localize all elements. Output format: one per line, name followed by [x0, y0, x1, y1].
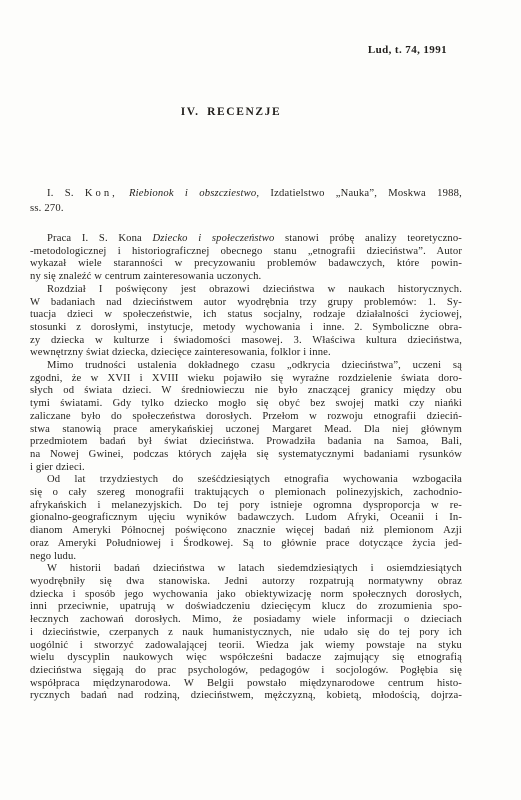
text-line: na Nowej Gwinei, podczas których zajęła … [30, 449, 462, 462]
journal-header: Lud, t. 74, 1991 [368, 44, 447, 56]
text-line: rycznych badań nad rodziną, dzieciństwem… [30, 690, 462, 703]
citation-publisher: Izdatielstwo „Nauka”, Moskwa 1988, [270, 188, 462, 199]
text-line: dzieciństwa sięgają do prac psychologów,… [30, 665, 462, 678]
text-line: i dzieciństwie, czerpanych z nauk humani… [30, 627, 462, 640]
text-line: zgodni, że w XVII i XVIII wieku pojawiło… [30, 373, 462, 386]
text-line: Mimo trudności ustalenia dokładnego czas… [30, 360, 462, 373]
scanned-journal-page: Lud, t. 74, 1991 IV. RECENZJE I. S. Kon,… [0, 0, 521, 800]
text-line: dziecka i sposób jego wychowania jako ob… [30, 589, 462, 602]
text-line: -metodologicznej i historiograficznej ob… [30, 246, 462, 259]
text-line: Od lat trzydziestych do sześćdziesiątych… [30, 474, 462, 487]
text-line: zy dziecka w kulturze i świadomości maso… [30, 335, 462, 348]
text-line: tuacja dzieci w społeczeństwie, ich stat… [30, 309, 462, 322]
text-line: uogólnić i stworzyć zadowalającej teorii… [30, 640, 462, 653]
text-line: tymi światami. Gdy tylko dziecko mogło s… [30, 398, 462, 411]
text-line: wewnętrzny świat dziecka, dziecięce zain… [30, 347, 462, 360]
text-line: wyodrębniły się dwa stanowiska. Jedni au… [30, 576, 462, 589]
citation-line-2: ss. 270. [30, 201, 462, 216]
text-line: przedmiotem badań był świat dzieciństwa.… [30, 436, 462, 449]
text-line: słych od świata dzieci. W średniowieczu … [30, 385, 462, 398]
text-line: W historii badań dzieciństwa w latach si… [30, 563, 462, 576]
citation-book-title: Riebionok i obszcziestwo, [129, 188, 259, 199]
text-line: dianom Ameryki Północnej poświęcono znac… [30, 525, 462, 538]
citation-author-initials: I. S. [47, 188, 74, 199]
text-line: inni przeciwnie, upatrują w doświadczeni… [30, 601, 462, 614]
text-line: się o cały szereg monografii traktującyc… [30, 487, 462, 500]
text-line: wykazał wiele staranności w precyzowaniu… [30, 258, 462, 271]
text-line: stwa stanowią prace amerykańskiej uczone… [30, 424, 462, 437]
text-line: współpraca międzynarodowa. W Belgii pows… [30, 678, 462, 691]
text-line: stosunki z dorosłymi, instytucje, metody… [30, 322, 462, 335]
text-line: wielu dyscyplin naukowych więc współcześ… [30, 652, 462, 665]
text-line: ny się znaleźć w centrum zainteresowania… [30, 271, 462, 284]
citation-line-1: I. S. Kon, Riebionok i obszcziestwo, Izd… [30, 186, 462, 201]
text-line: W badaniach nad dzieciństwem autor wyodr… [30, 297, 462, 310]
text-line: afrykańskich i melanezyjskich. Do tej po… [30, 500, 462, 513]
book-citation: I. S. Kon, Riebionok i obszcziestwo, Izd… [30, 186, 462, 216]
text-line: i gier dzieci. [30, 462, 462, 475]
text-line: łecznych zachowań dorosłych. Mimo, że po… [30, 614, 462, 627]
citation-pages: ss. 270. [30, 203, 64, 214]
text-line: gionalno-geograficznym ujęciu wyników ba… [30, 512, 462, 525]
citation-author-surname: Kon, [85, 188, 118, 199]
text-line: Rozdział I poświęcony jest obrazowi dzie… [30, 284, 462, 297]
text-line: oraz Ameryki Południowej i Środkowej. Są… [30, 538, 462, 551]
review-body: Praca I. S. Kona Dziecko i społeczeństwo… [30, 233, 462, 703]
text-line: Praca I. S. Kona Dziecko i społeczeństwo… [30, 233, 462, 246]
section-title: IV. RECENZJE [0, 106, 462, 118]
text-line: nego ludu. [30, 551, 462, 564]
text-line: zaliczane było do społeczeństwa dorosłyc… [30, 411, 462, 424]
